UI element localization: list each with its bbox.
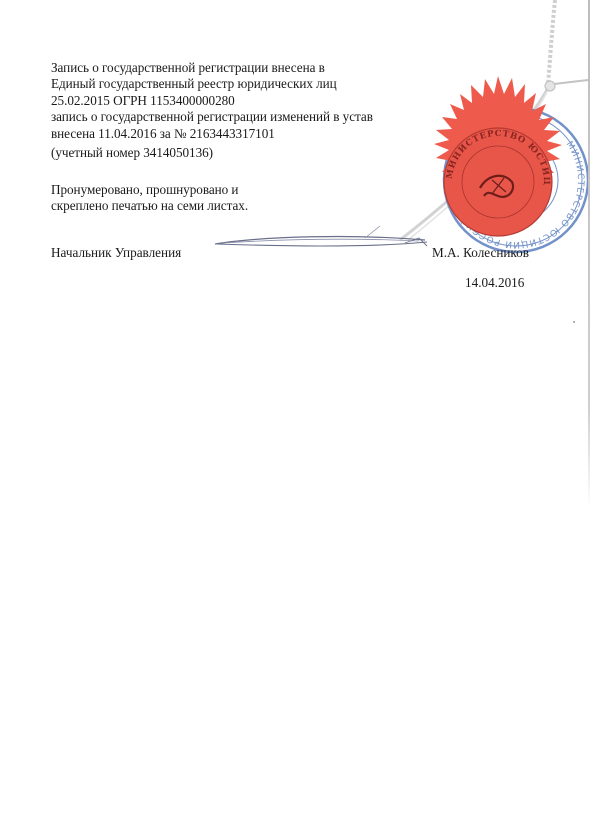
binding-line: Пронумеровано, прошнуровано и — [51, 182, 248, 198]
signature-date: 14.04.2016 — [465, 275, 524, 291]
handwritten-signature-icon — [205, 222, 435, 262]
registration-line: (учетный номер 3414050136) — [51, 145, 373, 161]
binding-line: скреплено печатью на семи листах. — [51, 198, 248, 214]
registration-line: 25.02.2015 ОГРН 1153400000280 — [51, 93, 373, 109]
registration-line: Единый государственный реестр юридически… — [51, 76, 373, 92]
binding-note: Пронумеровано, прошнуровано и скреплено … — [51, 182, 248, 215]
registration-note: Запись о государственной регистрации вне… — [51, 60, 373, 161]
registration-line: запись о государственной регистрации изм… — [51, 109, 373, 125]
registration-line: внесена 11.04.2016 за № 2163443317101 — [51, 126, 373, 142]
scan-speck — [573, 321, 575, 323]
document-page: Запись о государственной регистрации вне… — [0, 0, 600, 825]
registration-line: Запись о государственной регистрации вне… — [51, 60, 373, 76]
signer-name: М.А. Колесников — [432, 245, 529, 261]
position-label: Начальник Управления — [51, 245, 181, 261]
official-seal-icon: МИНИСТЕРСТВО ЮСТИЦИИ РОССИЙСКОЙ ФЕДЕРАЦИ… — [408, 62, 588, 262]
